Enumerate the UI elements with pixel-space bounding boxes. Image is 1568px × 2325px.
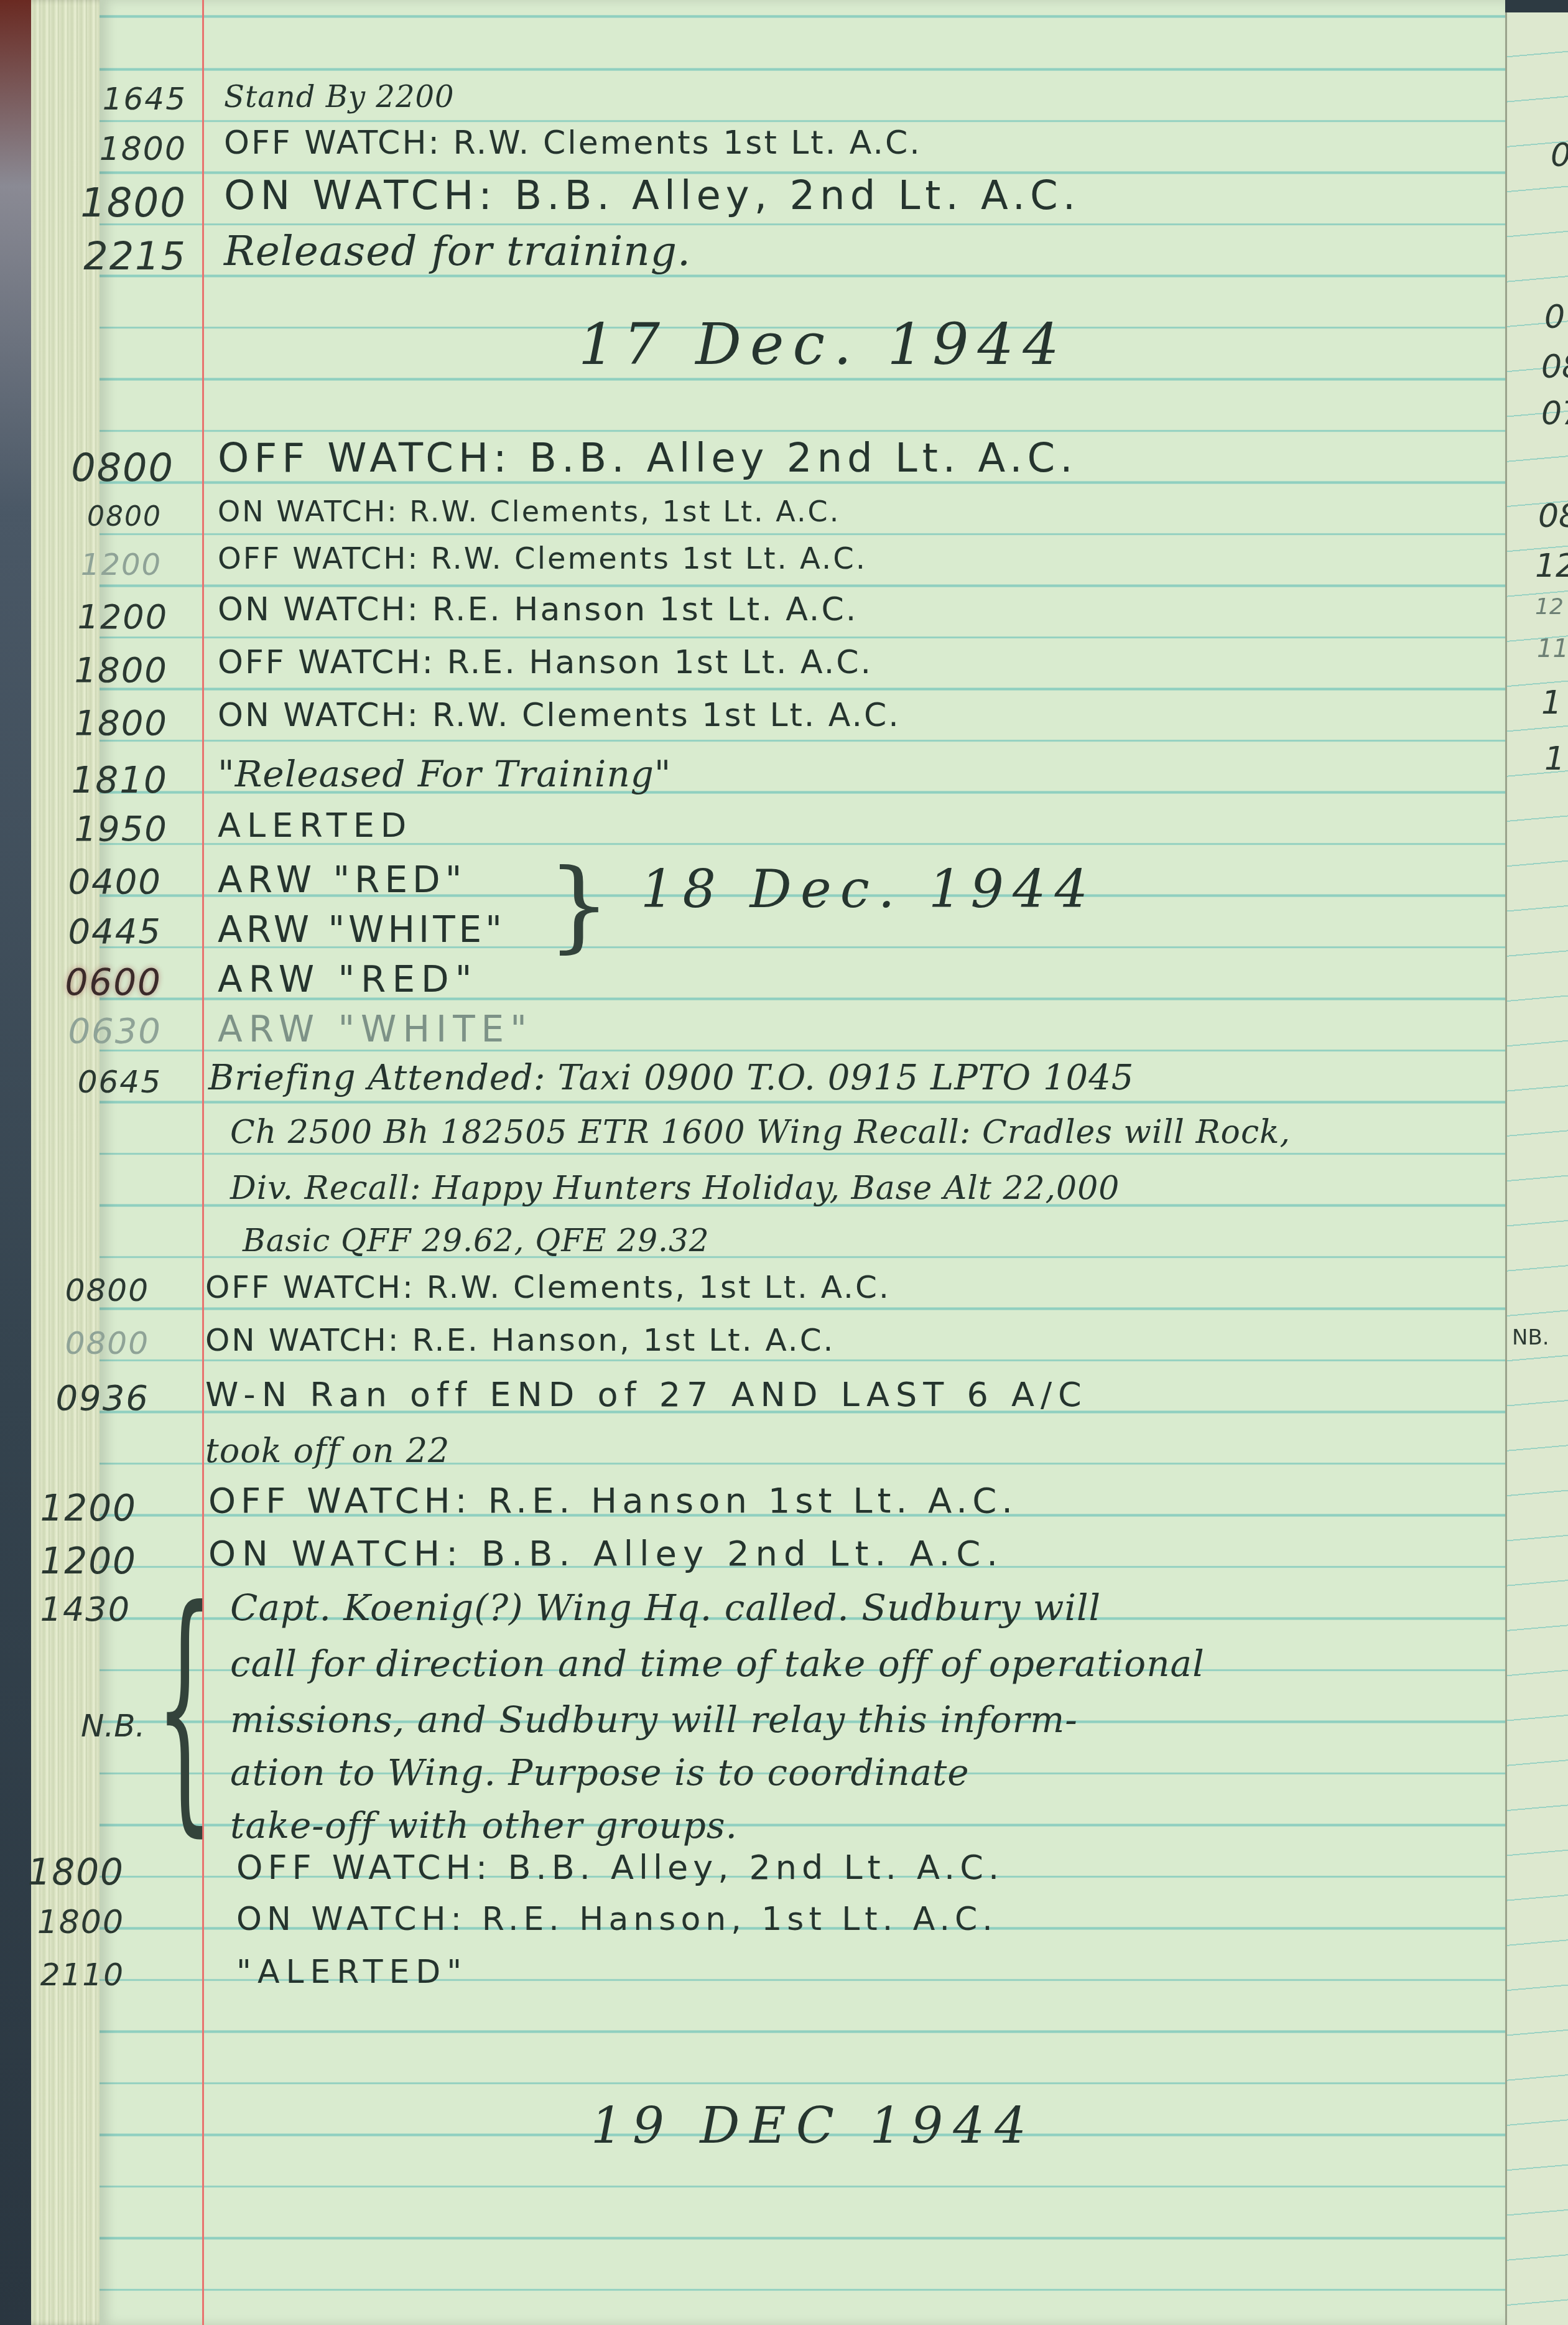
entry-text: ON WATCH: R.E. Hanson, 1st Lt. A.C. — [205, 1322, 835, 1358]
entry-text: OFF WATCH: R.E. Hanson 1st Lt. A.C. — [218, 644, 873, 681]
entry-text: OFF WATCH: R.W. Clements, 1st Lt. A.C. — [205, 1269, 891, 1305]
entry-time: 0800 — [25, 1272, 149, 1308]
entry-time: 1645 — [62, 81, 187, 117]
entry-time: 0800 — [50, 445, 174, 490]
entry-text: ON WATCH: R.E. Hanson 1st Lt. A.C. — [218, 591, 858, 628]
entry-time: 0800 — [25, 1325, 149, 1361]
briefing-line: Div. Recall: Happy Hunters Holiday, Base… — [230, 1170, 1120, 1207]
date-heading-18-dec: 18 Dec. 1944 — [641, 859, 1097, 920]
entry-text: Briefing Attended: Taxi 0900 T.O. 0915 L… — [208, 1058, 1134, 1098]
nb-label: N.B. — [81, 1708, 146, 1744]
nb-line: Capt. Koenig(?) Wing Hq. called. Sudbury… — [230, 1586, 1101, 1629]
facing-page-mark: 1 — [1541, 684, 1562, 722]
entry-text: OFF WATCH: R.W. Clements 1st Lt. A.C. — [218, 541, 867, 576]
nb-line: take-off with other groups. — [230, 1804, 738, 1847]
entry-time: 0445 — [37, 911, 162, 952]
facing-page-mark: 1 — [1544, 740, 1565, 778]
entry-text: Released for training. — [224, 227, 691, 275]
red-margin-line — [202, 0, 204, 2325]
entry-text: ARW "WHITE" — [218, 908, 506, 951]
entry-time: 0600 — [37, 961, 162, 1004]
entry-text: ARW "RED" — [218, 958, 478, 1000]
nb-line: ation to Wing. Purpose is to coordinate — [230, 1751, 970, 1794]
facing-page-mark: NB. — [1512, 1325, 1549, 1350]
entry-text: OFF WATCH: B.B. Alley, 2nd Lt. A.C. — [236, 1848, 1004, 1887]
entry-time: 1800 — [0, 1904, 124, 1941]
entry-text: ON WATCH: B.B. Alley 2nd Lt. A.C. — [208, 1534, 1004, 1574]
nb-brace: { — [155, 1590, 214, 1825]
entry-time: 1430 — [6, 1590, 131, 1629]
bracket-brace: } — [547, 855, 611, 955]
entry-text: W-N Ran off END of 27 AND LAST 6 A/C — [205, 1375, 1088, 1414]
briefing-line: Basic QFF 29.62, QFE 29.32 — [243, 1223, 710, 1259]
entry-text: OFF WATCH: B.B. Alley 2nd Lt. A.C. — [218, 436, 1078, 482]
date-heading-17-dec: 17 Dec. 1944 — [578, 311, 1068, 378]
entry-time: 1800 — [44, 703, 168, 743]
entry-time: 0936 — [25, 1378, 149, 1419]
facing-page-mark: 07 — [1541, 395, 1568, 432]
facing-page-mark: 0 — [1544, 299, 1565, 336]
entry-time: 1800 — [0, 1851, 124, 1893]
entry-time: 0630 — [37, 1011, 162, 1051]
entry-time: 2110 — [0, 1957, 124, 1993]
entry-time: 1200 — [12, 1487, 137, 1529]
entry-text: took off on 22 — [205, 1431, 450, 1470]
facing-page-mark: 12 — [1535, 547, 1568, 585]
facing-page-mark: 08 — [1538, 498, 1568, 535]
entry-text: ARW "RED" — [218, 859, 466, 901]
entry-text: ON WATCH: R.W. Clements 1st Lt. A.C. — [218, 697, 901, 734]
entry-text: OFF WATCH: R.E. Hanson 1st Lt. A.C. — [208, 1481, 1018, 1521]
date-heading-19-dec: 19 DEC 1944 — [591, 2097, 1036, 2155]
entry-text: "ALERTED" — [236, 1954, 468, 1991]
entry-time: 0800 — [37, 501, 162, 533]
entry-time: 1800 — [62, 180, 187, 226]
briefing-line: Ch 2500 Bh 182505 ETR 1600 Wing Recall: … — [230, 1114, 1291, 1151]
facing-page: 0 0 08 07 08 12 12 11 1 1 NB. — [1505, 12, 1568, 2325]
entry-time: 2215 — [62, 233, 187, 279]
entry-time: 1200 — [37, 547, 162, 582]
entry-text: Stand By 2200 — [224, 80, 455, 114]
entry-text: "Released For Training" — [218, 753, 672, 795]
entry-text: ALERTED — [218, 806, 412, 845]
facing-page-mark: 11 — [1537, 635, 1568, 663]
facing-page-mark: 08 — [1541, 348, 1568, 386]
logbook-page: 1645 Stand By 2200 1800 OFF WATCH: R.W. … — [100, 0, 1505, 2325]
facing-page-mark: 0 — [1551, 137, 1568, 174]
entry-time: 1200 — [12, 1540, 137, 1582]
entry-time: 1800 — [44, 650, 168, 691]
entry-text: ON WATCH: B.B. Alley, 2nd Lt. A.C. — [224, 173, 1080, 219]
entry-time: 1200 — [44, 597, 168, 636]
entry-time: 1950 — [44, 809, 168, 849]
entry-text: ON WATCH: R.E. Hanson, 1st Lt. A.C. — [236, 1901, 998, 1938]
entry-time: 1800 — [62, 131, 187, 168]
entry-text: ARW "WHITE" — [218, 1008, 533, 1050]
nb-line: call for direction and time of take off … — [230, 1642, 1205, 1685]
entry-text: ON WATCH: R.W. Clements, 1st Lt. A.C. — [218, 495, 840, 528]
entry-time: 0645 — [37, 1064, 162, 1100]
entry-text: OFF WATCH: R.W. Clements 1st Lt. A.C. — [224, 124, 922, 162]
facing-page-mark: 12 — [1535, 594, 1564, 620]
entry-time: 1810 — [44, 759, 168, 801]
entry-time: 0400 — [37, 862, 162, 902]
nb-line: missions, and Sudbury will relay this in… — [230, 1698, 1078, 1741]
